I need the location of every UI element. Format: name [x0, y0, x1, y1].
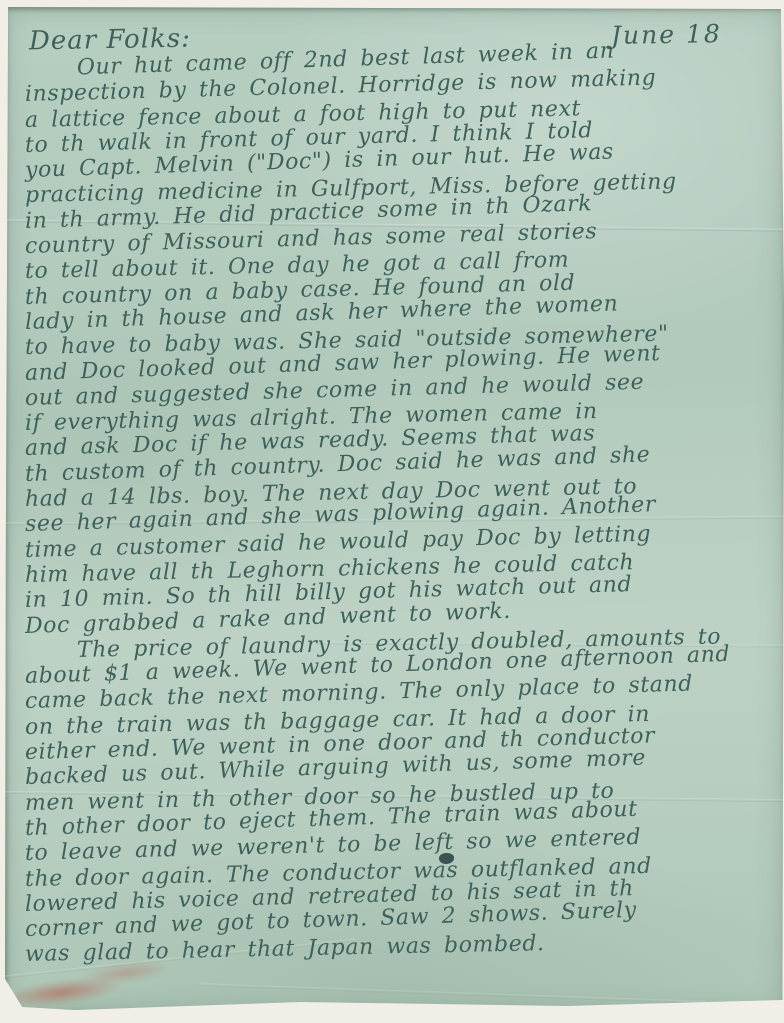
crease-line: [200, 983, 706, 1004]
letter-salutation: Dear Folks:: [29, 24, 191, 57]
letter-body: Our hut came off 2nd best last week in a…: [25, 57, 780, 968]
scanned-letter: June 18 Dear Folks: Our hut came off 2nd…: [0, 0, 784, 1023]
letter-paper: June 18 Dear Folks: Our hut came off 2nd…: [5, 7, 784, 1011]
